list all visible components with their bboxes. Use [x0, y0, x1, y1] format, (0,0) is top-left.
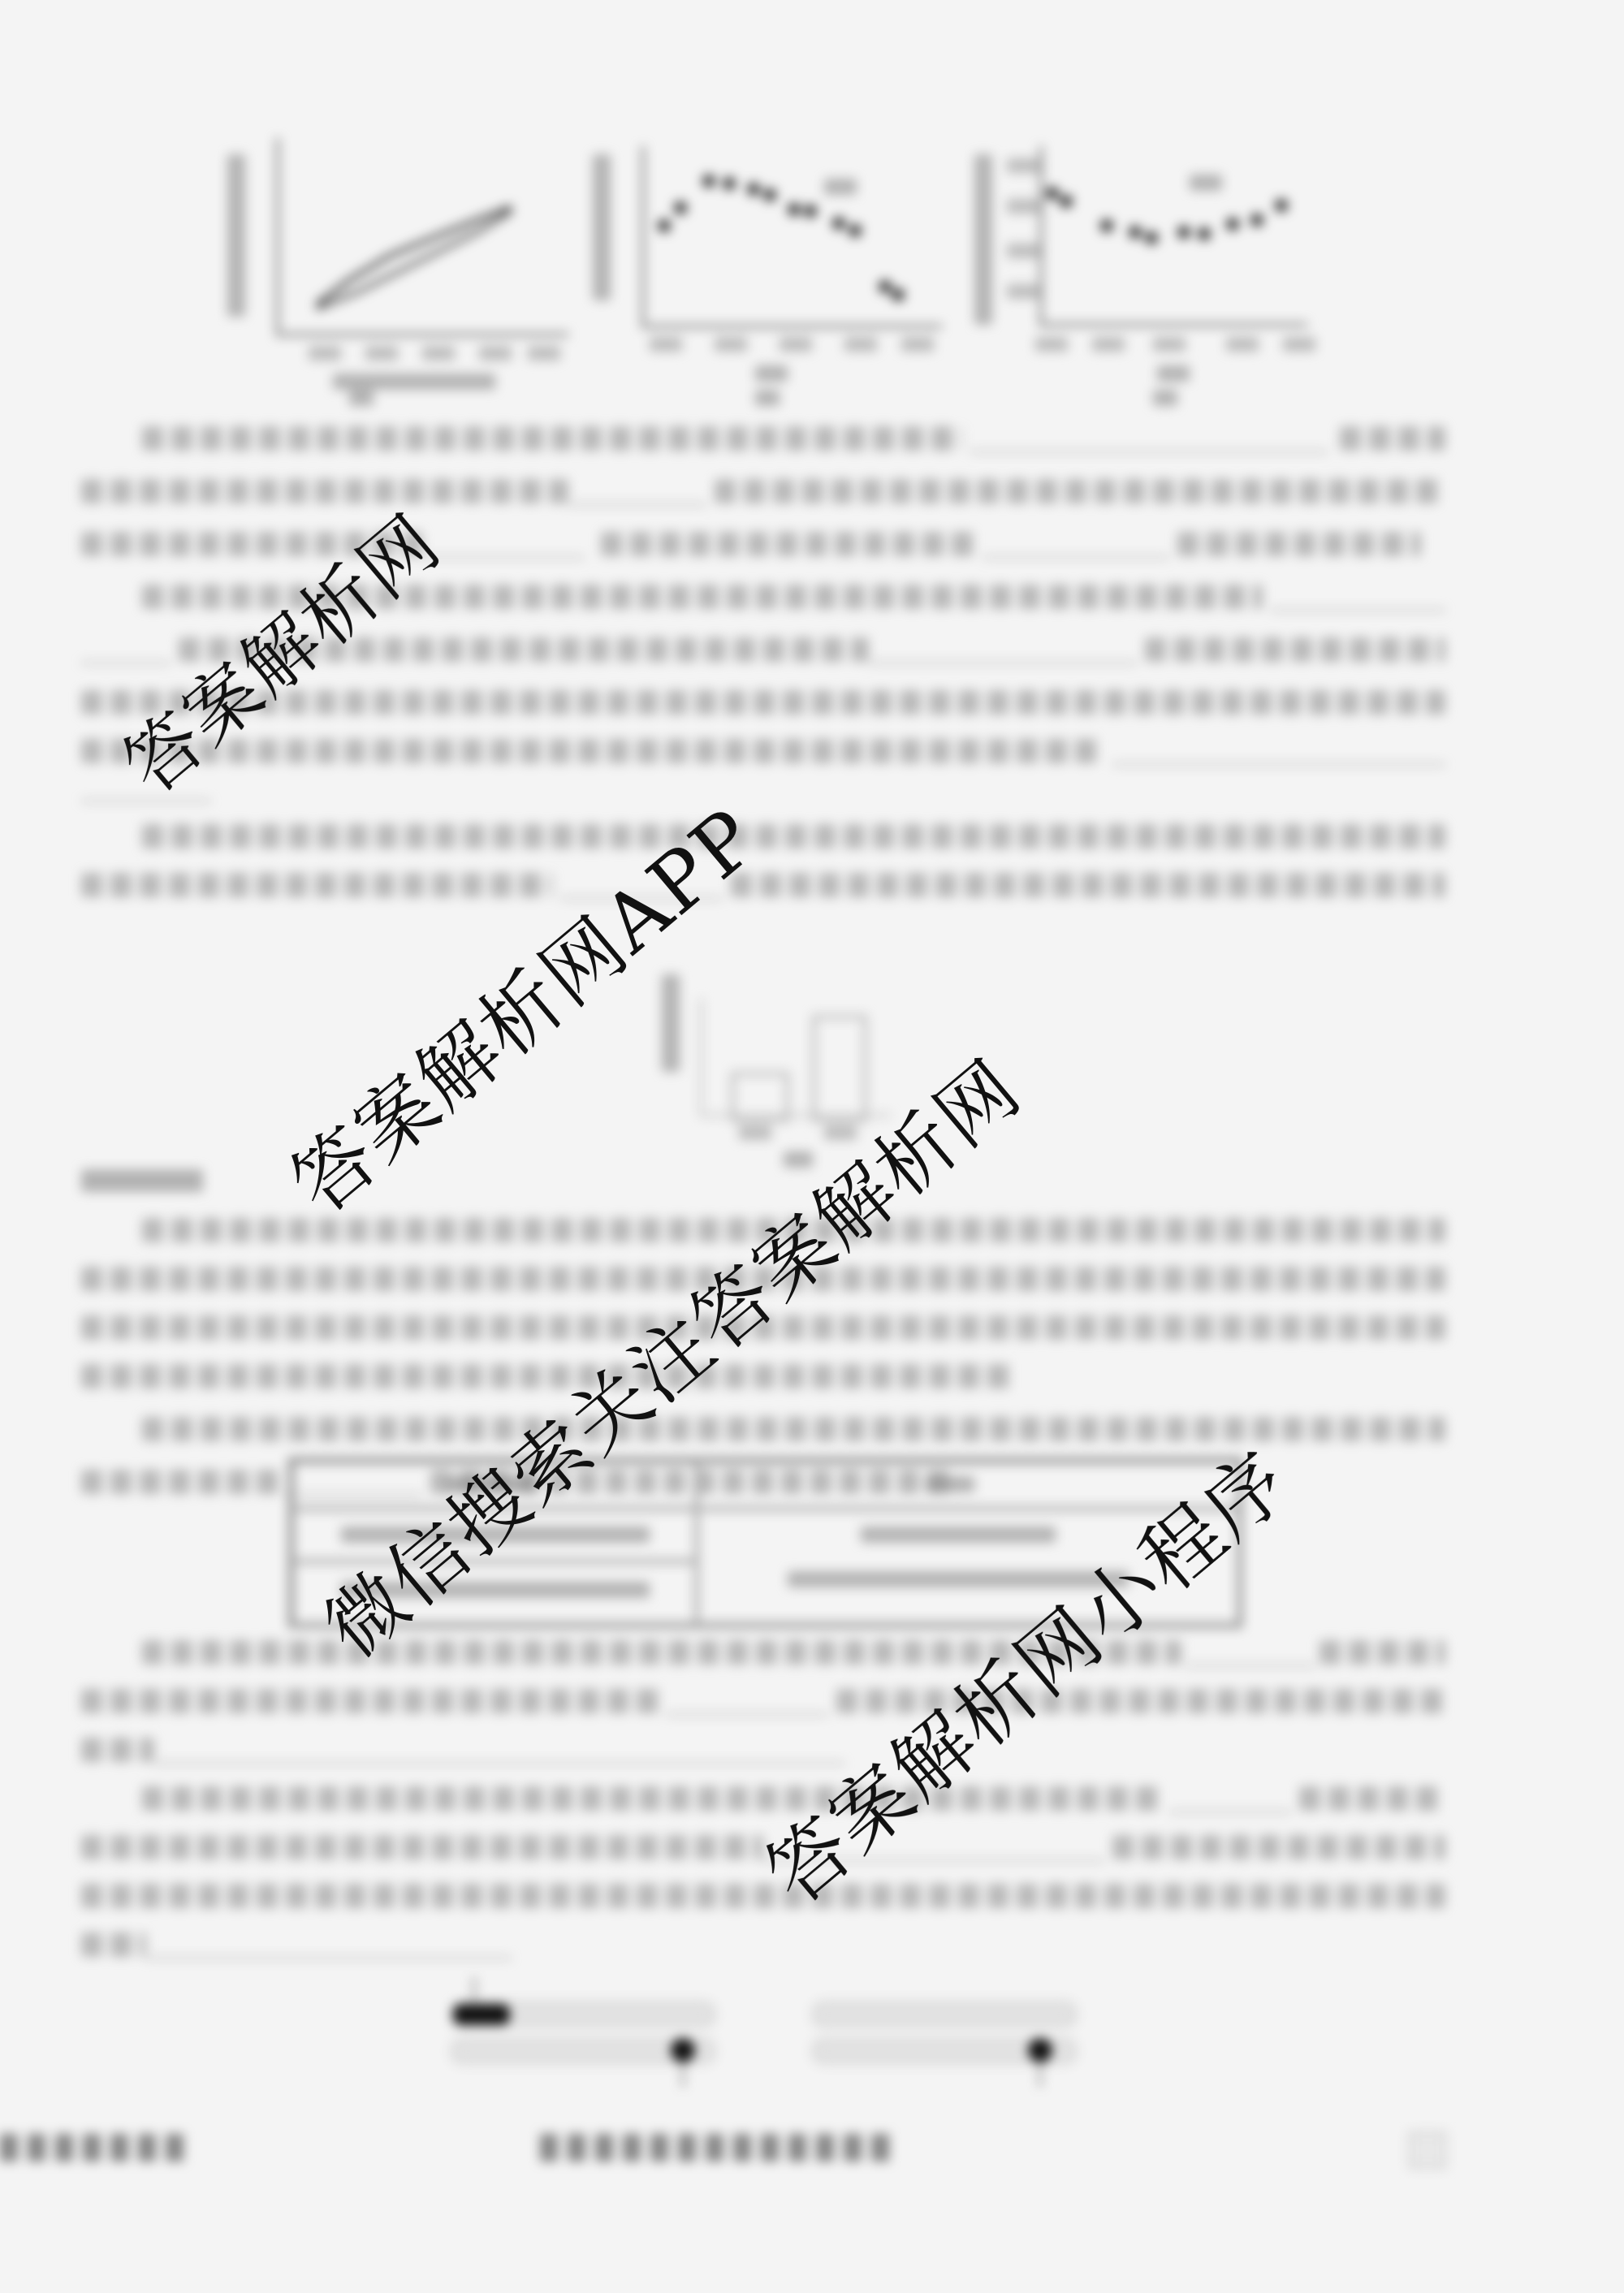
figure-3-caption [1153, 390, 1177, 406]
allele-marker-L [453, 2004, 510, 2025]
figure-1-light-response [195, 138, 568, 398]
figure-1-caption [349, 390, 374, 406]
question-19-heading: 19.(12 分) [81, 1169, 203, 1192]
chromosome-right-top [812, 2002, 1077, 2027]
footer-page-info [540, 2134, 897, 2161]
line-series [195, 138, 568, 349]
allele-marker-a-left [671, 2038, 695, 2062]
bar-morning [731, 1072, 789, 1122]
table-cell [861, 1527, 1056, 1543]
allele-marker-a-right [1028, 2038, 1052, 2062]
figure-2-photosynthesis-rate [585, 138, 958, 398]
figure-2-caption [755, 390, 780, 406]
footer-page-box [1409, 2131, 1446, 2169]
bar-afternoon [812, 1015, 867, 1122]
figure-3-co2-concentration [958, 138, 1340, 398]
table-header-f1 [926, 1476, 974, 1492]
footer-left-label [0, 2134, 191, 2161]
